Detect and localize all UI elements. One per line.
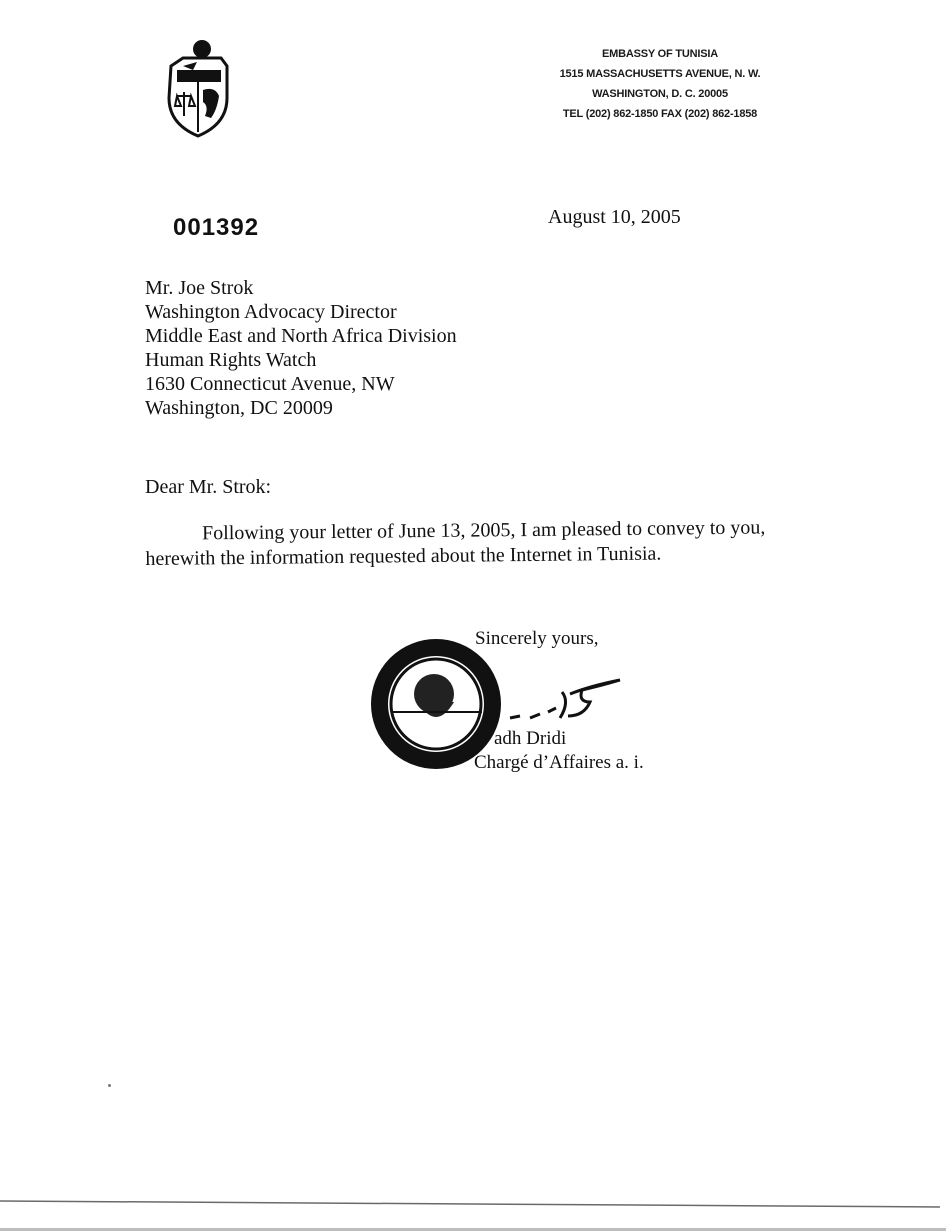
recipient-line: Middle East and North Africa Division [145,324,457,348]
scan-speck [108,1084,111,1087]
recipient-line: Washington Advocacy Director [145,300,457,324]
scan-edge-line [0,1196,946,1206]
embassy-seal-icon [370,632,506,772]
embassy-name: EMBASSY OF TUNISIA [500,44,820,64]
document-number: 001392 [173,214,259,242]
recipient-line: Human Rights Watch [145,348,457,372]
recipient-line: Mr. Joe Strok [145,276,457,300]
embassy-street: 1515 MASSACHUSETTS AVENUE, N. W. [500,64,820,84]
crest-icon [163,36,233,140]
signatory-title: Chargé d’Affaires a. i. [474,752,644,774]
signature-icon [500,672,630,732]
recipient-line: 1630 Connecticut Avenue, NW [145,372,457,396]
embassy-contact: TEL (202) 862-1850 FAX (202) 862-1858 [500,104,820,124]
recipient-line: Washington, DC 20009 [145,396,457,420]
salutation: Dear Mr. Strok: [145,476,271,499]
embassy-city: WASHINGTON, D. C. 20005 [500,84,820,104]
letter-date: August 10, 2005 [548,206,681,229]
recipient-address: Mr. Joe Strok Washington Advocacy Direct… [145,276,457,420]
body-paragraph: Following your letter of June 13, 2005, … [145,515,825,572]
letterhead: EMBASSY OF TUNISIA 1515 MASSACHUSETTS AV… [500,44,820,124]
letter-body: Following your letter of June 13, 2005, … [145,522,825,572]
signatory-name: adh Dridi [494,728,566,750]
